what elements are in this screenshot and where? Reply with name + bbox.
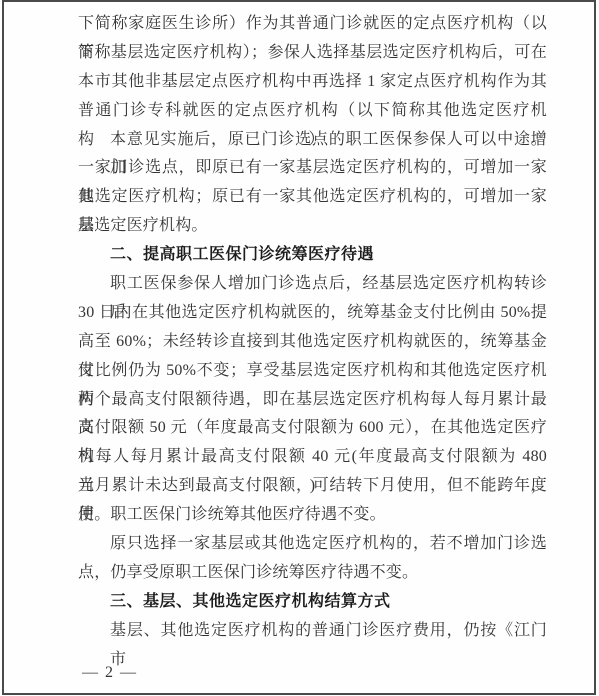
text-line: 普通门诊专科就医的定点医疗机构（以下简称其他选定医疗机构）。	[78, 97, 547, 126]
page-number: — 2 —	[82, 662, 138, 684]
text-line: 两个最高支付限额待遇，即在基层选定医疗机构每人每月累计最高	[78, 386, 547, 415]
document-page: 下简称家庭医生诊所）作为其普通门诊就医的定点医疗机构（以下简称基层选定医疗机构）…	[0, 0, 599, 696]
text-line: 层选定医疗机构。	[78, 212, 547, 241]
text-line: 职工医保参保人增加门诊选点后，经基层选定医疗机构转诊后	[78, 270, 547, 299]
text-line: 当月累计未达到最高支付限额，可结转下月使用，但不能跨年度使	[78, 472, 547, 501]
text-line: 点，仍享受原职工医保门诊统筹医疗待遇不变。	[78, 559, 547, 588]
text-line: 用。职工医保门诊统筹其他医疗待遇不变。	[78, 501, 547, 530]
text-line: 30 日内在其他选定医疗机构就医的，统筹基金支付比例由 50%提	[78, 299, 547, 328]
text-line: 支付限额 50 元（年度最高支付限额为 600 元），在其他选定医疗机	[78, 414, 547, 443]
text-line: 构每人每月累计最高支付限额 40 元(年度最高支付限额为 480 元)，	[78, 443, 547, 472]
text-line: 本意见实施后，原已门诊选点的职工医保参保人可以中途增加	[78, 126, 547, 155]
section-heading: 二、提高职工医保门诊统筹医疗待遇	[78, 241, 547, 270]
text-line: 下简称家庭医生诊所）作为其普通门诊就医的定点医疗机构（以下	[78, 10, 547, 39]
text-line: 原只选择一家基层或其他选定医疗机构的，若不增加门诊选	[78, 530, 547, 559]
text-line: 一家门诊选点，即原已有一家基层选定医疗机构的，可增加一家其	[78, 154, 547, 183]
document-body: 下简称家庭医生诊所）作为其普通门诊就医的定点医疗机构（以下简称基层选定医疗机构）…	[78, 10, 547, 646]
text-line: 他选定医疗机构；原已有一家其他选定医疗机构的，可增加一家基	[78, 183, 547, 212]
text-line: 简称基层选定医疗机构）；参保人选择基层选定医疗机构后，可在	[78, 39, 547, 68]
section-heading: 三、基层、其他选定医疗机构结算方式	[78, 588, 547, 617]
text-line: 付比例仍为 50%不变；享受基层选定医疗机构和其他选定医疗机构	[78, 357, 547, 386]
text-line: 基层、其他选定医疗机构的普通门诊医疗费用，仍按《江门市	[78, 617, 547, 646]
text-line: 高至 60%；未经转诊直接到其他选定医疗机构就医的，统筹基金支	[78, 328, 547, 357]
text-line: 本市其他非基层定点医疗机构中再选择 1 家定点医疗机构作为其	[78, 68, 547, 97]
